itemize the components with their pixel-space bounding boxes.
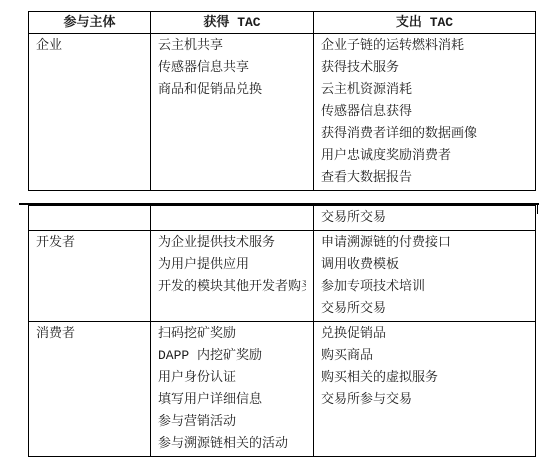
cell-line: 获得技术服务 xyxy=(321,57,528,79)
table-row: 交易所交易 xyxy=(29,206,536,231)
spend-cell: 兑换促销品购买商品购买相关的虚拟服务交易所参与交易 xyxy=(314,322,536,457)
cell-line: 购买商品 xyxy=(321,345,528,367)
cell-line: 企业子链的运转燃料消耗 xyxy=(321,35,528,57)
cell-line: 调用收费模板 xyxy=(321,254,528,276)
cell-line: 商品和促销品兑换 xyxy=(158,79,306,101)
cell-line: 获得消费者详细的数据画像 xyxy=(321,123,528,145)
cell-line: 申请溯源链的付费接口 xyxy=(321,232,528,254)
cell-line: 云主机共享 xyxy=(158,35,306,57)
cell-line: 交易所交易 xyxy=(321,207,528,229)
tac-flow-table-part-2: 交易所交易开发者为企业提供技术服务为用户提供应用开发的模块其他开发者购买申请溯源… xyxy=(28,205,536,457)
cell-line: 参与营销活动 xyxy=(158,411,306,433)
cell-line: 用户忠诚度奖励消费者 xyxy=(321,145,528,167)
entity-cell: 开发者 xyxy=(29,231,151,322)
table-body: 交易所交易开发者为企业提供技术服务为用户提供应用开发的模块其他开发者购买申请溯源… xyxy=(29,206,536,457)
cell-line: 云主机资源消耗 xyxy=(321,79,528,101)
entity-cell xyxy=(29,206,151,231)
cell-line: 消费者 xyxy=(36,323,143,345)
table-header-row: 参与主体 获得 TAC 支出 TAC xyxy=(29,12,536,34)
spend-cell: 交易所交易 xyxy=(314,206,536,231)
document-page: 参与主体 获得 TAC 支出 TAC 企业云主机共享传感器信息共享商品和促销品兑… xyxy=(0,0,546,457)
entity-cell: 消费者 xyxy=(29,322,151,457)
cell-line: 用户身份认证 xyxy=(158,367,306,389)
header-spend-tac: 支出 TAC xyxy=(314,12,536,34)
cell-line: 企业 xyxy=(36,35,143,57)
page-break-rule-tick xyxy=(537,205,538,214)
table-row: 消费者扫码挖矿奖励DAPP 内挖矿奖励用户身份认证填写用户详细信息参与营销活动参… xyxy=(29,322,536,457)
gain-cell: 云主机共享传感器信息共享商品和促销品兑换 xyxy=(151,34,314,191)
cell-line: 为企业提供技术服务 xyxy=(158,232,306,254)
cell-line: 开发的模块其他开发者购买 xyxy=(158,276,306,298)
cell-line: 开发者 xyxy=(36,232,143,254)
cell-line: 参与溯源链相关的活动 xyxy=(158,433,306,455)
spend-cell: 企业子链的运转燃料消耗获得技术服务云主机资源消耗传感器信息获得获得消费者详细的数… xyxy=(314,34,536,191)
cell-line: 传感器信息获得 xyxy=(321,101,528,123)
cell-line: 为用户提供应用 xyxy=(158,254,306,276)
gain-cell: 为企业提供技术服务为用户提供应用开发的模块其他开发者购买 xyxy=(151,231,314,322)
gain-cell: 扫码挖矿奖励DAPP 内挖矿奖励用户身份认证填写用户详细信息参与营销活动参与溯源… xyxy=(151,322,314,457)
cell-line: 兑换促销品 xyxy=(321,323,528,345)
cell-line: 扫码挖矿奖励 xyxy=(158,323,306,345)
table-row: 企业云主机共享传感器信息共享商品和促销品兑换企业子链的运转燃料消耗获得技术服务云… xyxy=(29,34,536,191)
cell-line: 参加专项技术培训 xyxy=(321,276,528,298)
gain-cell xyxy=(151,206,314,231)
cell-line: 传感器信息共享 xyxy=(158,57,306,79)
cell-line: 购买相关的虚拟服务 xyxy=(321,367,528,389)
table-row: 开发者为企业提供技术服务为用户提供应用开发的模块其他开发者购买申请溯源链的付费接… xyxy=(29,231,536,322)
header-gain-tac: 获得 TAC xyxy=(151,12,314,34)
table-body: 企业云主机共享传感器信息共享商品和促销品兑换企业子链的运转燃料消耗获得技术服务云… xyxy=(29,34,536,191)
spend-cell: 申请溯源链的付费接口调用收费模板参加专项技术培训交易所交易 xyxy=(314,231,536,322)
header-entity: 参与主体 xyxy=(29,12,151,34)
tac-flow-table-part-1: 参与主体 获得 TAC 支出 TAC 企业云主机共享传感器信息共享商品和促销品兑… xyxy=(28,11,536,191)
entity-cell: 企业 xyxy=(29,34,151,191)
cell-line: 交易所交易 xyxy=(321,298,528,320)
cell-line: DAPP 内挖矿奖励 xyxy=(158,345,306,367)
cell-line: 查看大数据报告 xyxy=(321,167,528,189)
cell-line: 交易所参与交易 xyxy=(321,389,528,411)
cell-line: 填写用户详细信息 xyxy=(158,389,306,411)
